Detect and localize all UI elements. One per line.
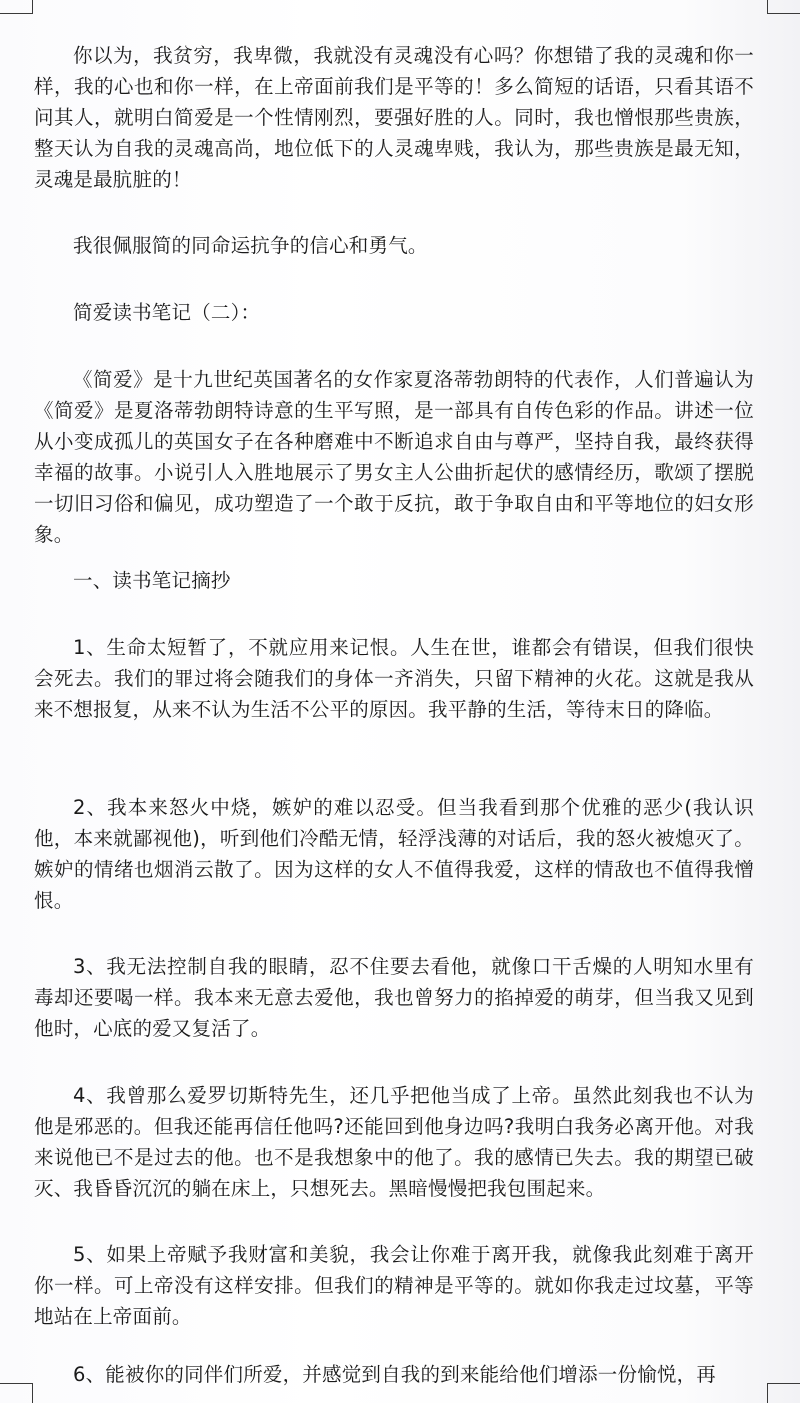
paragraph-jane-quote-reflection: 你以为，我贫穷，我卑微，我就没有灵魂没有心吗？你想错了我的灵魂和你一样，我的心也… <box>34 40 754 195</box>
excerpt-item-2: 2、我本来怒火中烧，嫉妒的难以忍受。但当我看到那个优雅的恶少(我认识他，本来就鄙… <box>34 792 754 916</box>
excerpt-item-6: 6、能被你的同伴们所爱，并感觉到自我的到来能给他们增添一份愉悦，再 <box>34 1359 754 1390</box>
document-page: 你以为，我贫穷，我卑微，我就没有灵魂没有心吗？你想错了我的灵魂和你一样，我的心也… <box>0 0 800 1403</box>
section-heading-excerpts: 一、读书笔记摘抄 <box>34 565 754 596</box>
excerpt-item-3: 3、我无法控制自我的眼睛，忍不住要去看他，就像口干舌燥的人明知水里有毒却还要喝一… <box>34 951 754 1044</box>
crop-mark-top-right <box>767 0 800 14</box>
excerpt-item-5: 5、如果上帝赋予我财富和美貌，我会让你难于离开我，就像我此刻难于离开你一样。可上… <box>34 1239 754 1332</box>
paragraph-admiration: 我很佩服简的同命运抗争的信心和勇气。 <box>34 230 754 261</box>
crop-mark-bottom-right <box>767 1383 800 1403</box>
crop-mark-top-left <box>0 0 33 14</box>
excerpt-item-1: 1、生命太短暂了，不就应用来记恨。人生在世，谁都会有错误，但我们很快会死去。我们… <box>34 632 754 725</box>
excerpt-item-4: 4、我曾那么爱罗切斯特先生，还几乎把他当成了上帝。虽然此刻我也不认为他是邪恶的。… <box>34 1080 754 1204</box>
paragraph-book-introduction: 《简爱》是十九世纪英国著名的女作家夏洛蒂勃朗特的代表作，人们普遍认为《简爱》是夏… <box>34 364 754 550</box>
section-heading-notes-two: 简爱读书笔记（二）： <box>34 297 754 328</box>
crop-mark-bottom-left <box>0 1383 33 1403</box>
